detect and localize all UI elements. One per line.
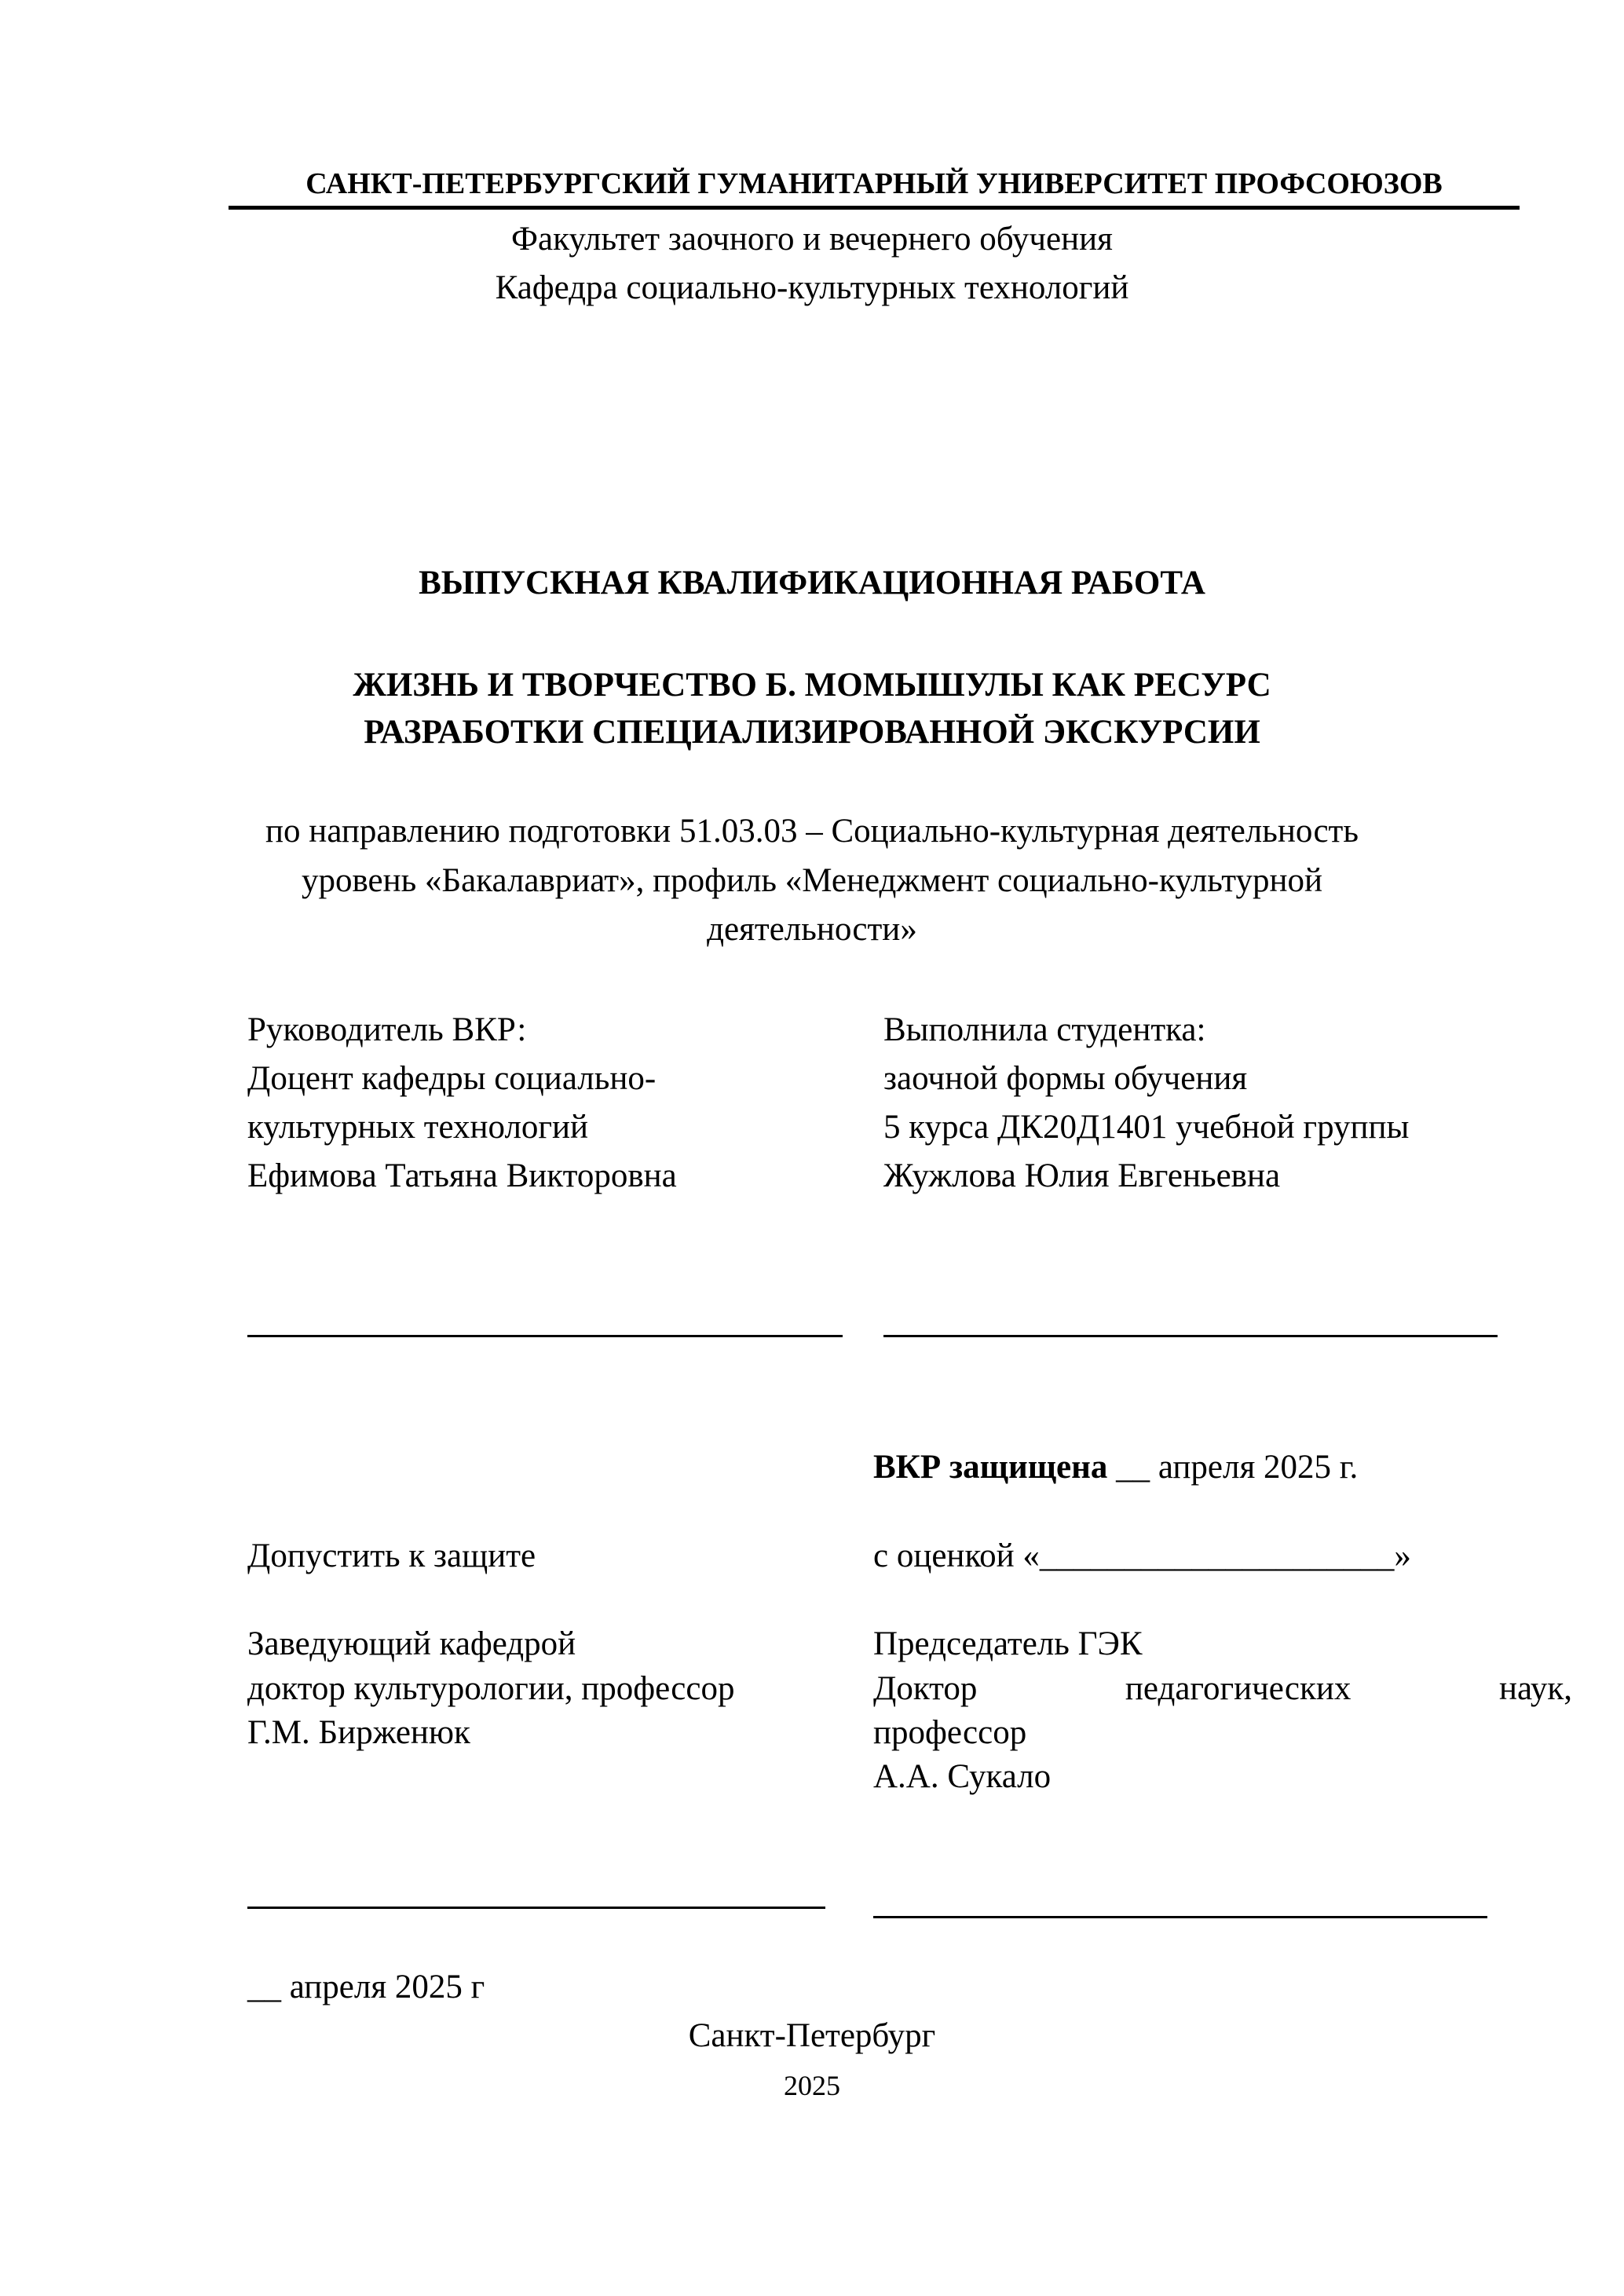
- city: Санкт-Петербург: [0, 2019, 1624, 2053]
- department-name: Кафедра социально-культурных технологий: [0, 271, 1624, 305]
- chair-degree-line: Доктор педагогических наук,: [873, 1672, 1572, 1706]
- admission-date: __ апреля 2025 г: [247, 1970, 485, 2004]
- topic-line-1: ЖИЗНЬ И ТВОРЧЕСТВО Б. МОМЫШУЛЫ КАК РЕСУР…: [0, 668, 1624, 702]
- student-name: Жужлова Юлия Евгеньевна: [883, 1159, 1280, 1193]
- supervisor-position-2: культурных технологий: [247, 1110, 588, 1144]
- university-name: САНКТ-ПЕТЕРБУРГСКИЙ ГУМАНИТАРНЫЙ УНИВЕРС…: [229, 166, 1520, 201]
- faculty-name: Факультет заочного и вечернего обучения: [0, 222, 1624, 256]
- student-label: Выполнила студентка:: [883, 1013, 1205, 1047]
- head-name: Г.М. Бирженюк: [247, 1716, 470, 1749]
- direction-line-2: уровень «Бакалавриат», профиль «Менеджме…: [0, 864, 1624, 898]
- supervisor-signature-line: [247, 1335, 843, 1337]
- chair-degree-word-2: педагогических: [1125, 1672, 1351, 1706]
- direction-line-3: деятельности»: [0, 912, 1624, 946]
- supervisor-label: Руководитель ВКР:: [247, 1013, 526, 1047]
- head-degree: доктор культурологии, профессор: [247, 1672, 734, 1706]
- direction-line-1: по направлению подготовки 51.03.03 – Соц…: [0, 814, 1624, 848]
- chair-signature-line: [873, 1916, 1487, 1918]
- head-title: Заведующий кафедрой: [247, 1627, 576, 1661]
- work-type-title: ВЫПУСКНАЯ КВАЛИФИКАЦИОННАЯ РАБОТА: [0, 566, 1624, 600]
- chair-degree-word-3: наук,: [1499, 1672, 1572, 1706]
- defense-status: ВКР защищена __ апреля 2025 г.: [873, 1450, 1358, 1484]
- defense-grade: с оценкой «_____________________»: [873, 1539, 1411, 1573]
- year: 2025: [0, 2071, 1624, 2100]
- chair-degree-line-2: профессор: [873, 1716, 1026, 1749]
- chair-degree-word-1: Доктор: [873, 1672, 977, 1706]
- supervisor-name: Ефимова Татьяна Викторовна: [247, 1159, 677, 1193]
- supervisor-position-1: Доцент кафедры социально-: [247, 1062, 656, 1095]
- topic-line-2: РАЗРАБОТКИ СПЕЦИАЛИЗИРОВАННОЙ ЭКСКУРСИИ: [0, 715, 1624, 749]
- student-signature-line: [883, 1335, 1498, 1337]
- defense-status-bold: ВКР защищена: [873, 1449, 1107, 1486]
- chair-label: Председатель ГЭК: [873, 1627, 1143, 1661]
- student-form: заочной формы обучения: [883, 1062, 1247, 1095]
- header-rule: [229, 206, 1520, 210]
- head-signature-line: [247, 1907, 825, 1909]
- student-group: 5 курса ДК20Д1401 учебной группы: [883, 1110, 1409, 1144]
- admission-label: Допустить к защите: [247, 1539, 536, 1573]
- chair-name: А.А. Сукало: [873, 1760, 1051, 1793]
- defense-date: __ апреля 2025 г.: [1107, 1449, 1358, 1486]
